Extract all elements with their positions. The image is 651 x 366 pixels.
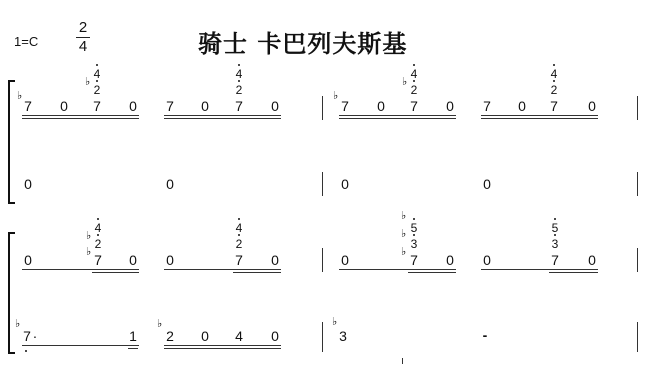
sustain-dash: - — [479, 327, 491, 343]
barline — [637, 248, 638, 272]
beam — [164, 348, 281, 349]
note: 0 — [481, 252, 493, 268]
flat-sign: ♭ — [401, 246, 406, 257]
chord-note: 3 — [408, 236, 420, 252]
beam — [339, 118, 456, 119]
note: 0 — [22, 252, 34, 268]
note: 7 — [481, 98, 493, 114]
chord-note: 2 — [548, 82, 560, 98]
beam — [233, 272, 281, 273]
flat-sign: ♭ — [333, 90, 338, 101]
barline — [322, 172, 323, 196]
note: 0 — [516, 98, 528, 114]
beam — [164, 118, 281, 119]
note: 7 — [164, 98, 176, 114]
barline — [322, 96, 323, 120]
note: 0 — [127, 252, 139, 268]
note: 7 — [549, 252, 561, 268]
beam — [164, 345, 281, 346]
chord-note: 2 — [408, 82, 420, 98]
note: 0 — [127, 98, 139, 114]
note: 7 — [92, 252, 104, 268]
flat-sign: ♭ — [86, 246, 91, 257]
note: 0 — [586, 252, 598, 268]
note: 0 — [164, 252, 176, 268]
underline — [22, 269, 139, 270]
low-octave-dot — [25, 350, 27, 352]
key-signature: 1=C — [14, 34, 38, 49]
beam — [408, 272, 456, 273]
note: 7 — [91, 98, 103, 114]
augmentation-dot: · — [29, 328, 41, 344]
underline — [481, 269, 598, 270]
note: 0 — [375, 98, 387, 114]
flat-sign: ♭ — [332, 316, 337, 327]
note: 7 — [22, 98, 34, 114]
flat-sign: ♭ — [86, 230, 91, 241]
underline — [164, 269, 281, 270]
beam — [339, 115, 456, 116]
beam — [22, 118, 139, 119]
note: 0 — [339, 176, 351, 192]
flat-sign: ♭ — [401, 210, 406, 221]
time-signature-top: 2 — [76, 20, 90, 36]
note: 0 — [481, 176, 493, 192]
note: 7 — [233, 252, 245, 268]
system-2-brace — [8, 232, 15, 354]
flat-sign: ♭ — [85, 76, 90, 87]
chord-note: 2 — [233, 236, 245, 252]
note: 0 — [269, 98, 281, 114]
time-signature-bottom: 4 — [76, 39, 90, 55]
note: 0 — [269, 252, 281, 268]
note: 7 — [408, 252, 420, 268]
beam — [22, 115, 139, 116]
beam — [481, 115, 598, 116]
note: 0 — [22, 176, 34, 192]
page-marker — [402, 358, 403, 364]
barline — [637, 172, 638, 196]
chord-note: 2 — [233, 82, 245, 98]
score-title: 骑士 卡巴列夫斯基 — [198, 24, 407, 59]
note: 0 — [586, 98, 598, 114]
flat-sign: ♭ — [402, 76, 407, 87]
note: 0 — [269, 328, 281, 344]
chord-note: 3 — [549, 236, 561, 252]
underline — [22, 345, 139, 346]
underline — [339, 269, 456, 270]
note: 0 — [444, 252, 456, 268]
beam — [549, 272, 598, 273]
note: 0 — [199, 98, 211, 114]
note: 4 — [233, 328, 245, 344]
barline — [637, 322, 638, 352]
barline — [637, 96, 638, 120]
note: 0 — [58, 98, 70, 114]
flat-sign: ♭ — [15, 318, 20, 329]
note: 0 — [164, 176, 176, 192]
flat-sign: ♭ — [401, 228, 406, 239]
note: 7 — [408, 98, 420, 114]
barline — [322, 248, 323, 272]
chord-note: 2 — [92, 236, 104, 252]
note: 0 — [444, 98, 456, 114]
note: 1 — [127, 328, 139, 344]
time-signature: 2 4 — [76, 20, 90, 55]
beam — [92, 272, 139, 273]
chord-note: 2 — [91, 82, 103, 98]
note: 0 — [199, 328, 211, 344]
note: 2 — [164, 328, 176, 344]
barline — [322, 322, 323, 352]
system-1-brace — [8, 80, 15, 204]
flat-sign: ♭ — [157, 318, 162, 329]
note: 7 — [339, 98, 351, 114]
beam — [164, 115, 281, 116]
note: 0 — [339, 252, 351, 268]
beam — [481, 118, 598, 119]
beam — [128, 348, 138, 349]
note: 7 — [233, 98, 245, 114]
note: 3 — [337, 328, 349, 344]
note: 7 — [548, 98, 560, 114]
